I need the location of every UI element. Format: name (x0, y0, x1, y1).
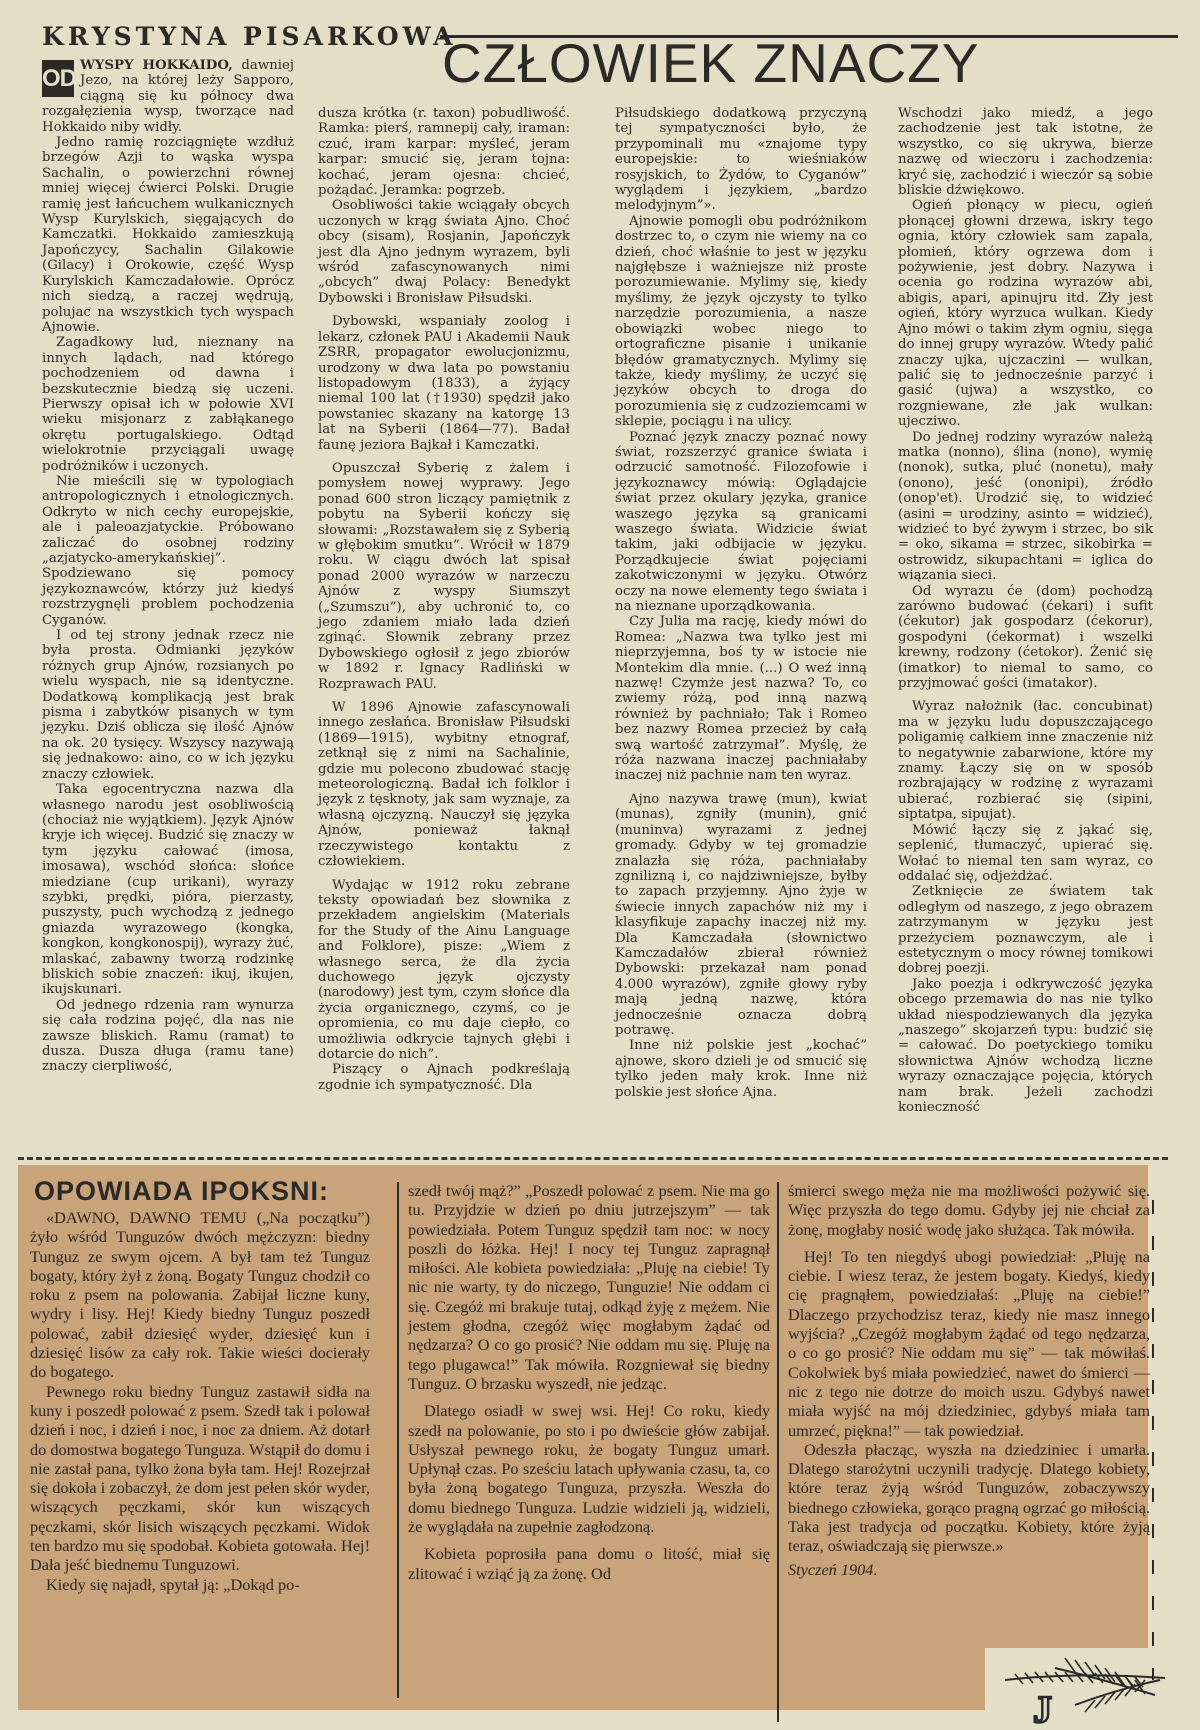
paragraph: Taka egocentryczna nazwa dla własnego na… (42, 782, 294, 998)
paragraph: Piłsudskiego dodatkową przyczyną tej sym… (615, 106, 867, 214)
magazine-page: KRYSTYNA PISARKOWA CZŁOWIEK ZNACZY OD WY… (0, 0, 1200, 1730)
paragraph: Nie mieścili się w typologiach antropolo… (42, 474, 294, 628)
paragraph: Dlatego osiadł w swej wsi. Hej! Co roku,… (408, 1401, 770, 1536)
story-column-3: śmierci swego męża nie ma możliwości poż… (788, 1181, 1150, 1579)
paragraph: Od wyrazu će (dom) pochodzą zarówno budo… (898, 584, 1153, 692)
paragraph: dusza krótka (r. taxon) pobudliwość. Ram… (318, 106, 570, 198)
paragraph: śmierci swego męża nie ma możliwości poż… (788, 1181, 1150, 1239)
paragraph: Kiedy się najadł, spytał ją: „Dokąd po- (30, 1575, 370, 1594)
side-rule (1152, 1200, 1154, 1680)
dropcap: OD (42, 60, 74, 97)
article-column-4: Wschodzi jako miedź, a jego zachodzenie … (898, 106, 1153, 1115)
paragraph: Od jednego rdzenia ram wynurza się cała … (42, 998, 294, 1075)
author-byline: KRYSTYNA PISARKOWA (42, 22, 456, 51)
paragraph: I od tej strony jednak rzecz nie była pr… (42, 628, 294, 782)
paragraph: Ajno nazywa trawę (mun), kwiat (munas), … (615, 792, 867, 1039)
paragraph: Ogień płonący w piecu, ogień płonącej gł… (898, 198, 1153, 429)
paragraph: Do jednej rodziny wyrazów należą matka (… (898, 430, 1153, 584)
paragraph: Zetknięcie ze światem tak odległym od na… (898, 884, 1153, 976)
paragraph: Wschodzi jako miedź, a jego zachodzenie … (898, 106, 1153, 198)
paragraph: Odeszła płacząc, wyszła na dziedziniec i… (788, 1440, 1150, 1556)
paragraph: Inne niż polskie jest „kochać” ajnowe, s… (615, 1038, 867, 1100)
paragraph: szedł twój mąż?” „Poszedł polować z psem… (408, 1181, 770, 1393)
column-rule (777, 1182, 779, 1722)
paragraph: Jako poezja i odkrywczość języka obcego … (898, 977, 1153, 1116)
paragraph: Wyraz nałożnik (łac. concubinat) ma w ję… (898, 699, 1153, 822)
story-date: Styczeń 1904. (788, 1560, 1150, 1579)
story-title: OPOWIADA IPOKSNI: (34, 1176, 329, 1207)
story-column-2: szedł twój mąż?” „Poszedł polować z psem… (408, 1181, 770, 1583)
fir-branch-monogram-icon: J (995, 1650, 1175, 1730)
article-column-3: Piłsudskiego dodatkową przyczyną tej sym… (615, 106, 867, 1100)
column-rule (397, 1182, 399, 1698)
paragraph: «DAWNO, DAWNO TEMU („Na początku”) żyło … (30, 1208, 370, 1382)
paragraph: Hej! To ten niegdyś ubogi powiedział: „P… (788, 1247, 1150, 1440)
story-column-1: «DAWNO, DAWNO TEMU („Na początku”) żyło … (30, 1208, 370, 1594)
article-column-2: dusza krótka (r. taxon) pobudliwość. Ram… (318, 106, 570, 1093)
paragraph: Jedno ramię rozciągnięte wzdłuż brzegów … (42, 135, 294, 335)
paragraph: Zagadkowy lud, nieznany na innych lądach… (42, 335, 294, 474)
paragraph: Kobieta poprosiła pana domu o litość, mi… (408, 1544, 770, 1583)
paragraph: Dybowski, wspaniały zoolog i lekarz, czł… (318, 314, 570, 453)
article-column-1: OD WYSPY HOKKAIDO, dawniej Jezo, na któr… (42, 58, 294, 1075)
paragraph: Ajnowie pomogli obu podróżnikom dostrzec… (615, 214, 867, 430)
paragraph: Pewnego roku biedny Tunguz zastawił sidł… (30, 1382, 370, 1575)
monogram-letter: J (1033, 1689, 1052, 1730)
paragraph: Czy Julia ma rację, kiedy mówi do Romea:… (615, 614, 867, 783)
paragraph: Opuszczał Syberię z żalem i pomysłem now… (318, 461, 570, 692)
paragraph: Osobliwości takie wciągały obcych uczony… (318, 198, 570, 306)
paragraph: Wydając w 1912 roku zebrane teksty opowi… (318, 878, 570, 1063)
paragraph: Mówić łączy się z jąkać się, seplenić, t… (898, 823, 1153, 885)
article-title: CZŁOWIEK ZNACZY (442, 36, 1172, 91)
dashed-divider (18, 1157, 1168, 1160)
paragraph: Poznać język znaczy poznać nowy świat, r… (615, 430, 867, 615)
lead-in: WYSPY HOKKAIDO, (80, 58, 233, 73)
paragraph: W 1896 Ajnowie zafascynowali innego zesł… (318, 700, 570, 869)
paragraph: Piszący o Ajnach podkreślają zgodnie ich… (318, 1062, 570, 1093)
